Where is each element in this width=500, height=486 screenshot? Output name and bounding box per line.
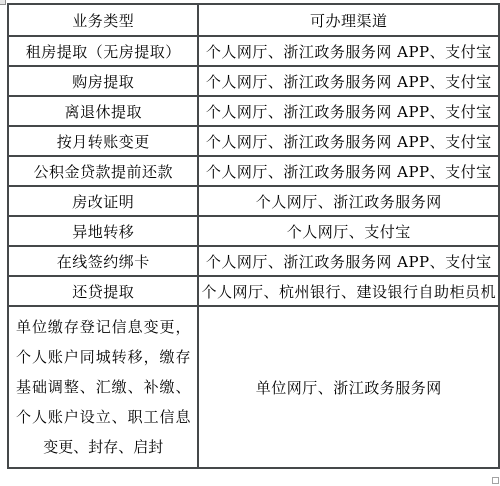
channels-cell: 个人网厅、浙江政务服务网 APP、支付宝 (198, 66, 499, 96)
channels-cell: 个人网厅、浙江政务服务网 APP、支付宝 (198, 36, 499, 66)
business-type-cell: 租房提取（无房提取） (8, 36, 198, 66)
table-row: 在线签约绑卡 个人网厅、浙江政务服务网 APP、支付宝 (8, 246, 499, 276)
table-row: 还贷提取 个人网厅、杭州银行、建设银行自助柜员机 (8, 276, 499, 306)
business-type-cell: 异地转移 (8, 216, 198, 246)
channels-cell: 个人网厅、浙江政务服务网 APP、支付宝 (198, 96, 499, 126)
channels-cell: 个人网厅、支付宝 (198, 216, 499, 246)
channels-cell: 个人网厅、浙江政务服务网 APP、支付宝 (198, 156, 499, 186)
business-type-cell: 离退休提取 (8, 96, 198, 126)
business-type-column-header: 业务类型 (8, 4, 198, 36)
table-row: 异地转移 个人网厅、支付宝 (8, 216, 499, 246)
channels-cell: 个人网厅、杭州银行、建设银行自助柜员机 (198, 276, 499, 306)
business-type-cell: 在线签约绑卡 (8, 246, 198, 276)
table-row: 公积金贷款提前还款 个人网厅、浙江政务服务网 APP、支付宝 (8, 156, 499, 186)
business-type-cell: 购房提取 (8, 66, 198, 96)
table-row: 单位缴存登记信息变更，个人账户同城转移，缴存基础调整、汇缴、补缴、个人账户设立、… (8, 306, 499, 468)
channels-cell: 个人网厅、浙江政务服务网 APP、支付宝 (198, 246, 499, 276)
table-header-row: 业务类型 可办理渠道 (8, 4, 499, 36)
business-type-cell: 按月转账变更 (8, 126, 198, 156)
document-page: 业务类型 可办理渠道 租房提取（无房提取） 个人网厅、浙江政务服务网 APP、支… (0, 0, 500, 486)
table-row: 租房提取（无房提取） 个人网厅、浙江政务服务网 APP、支付宝 (8, 36, 499, 66)
table-move-handle[interactable] (0, 0, 6, 5)
table-row: 房改证明 个人网厅、浙江政务服务网 (8, 186, 499, 216)
business-type-cell: 还贷提取 (8, 276, 198, 306)
business-type-cell: 房改证明 (8, 186, 198, 216)
channels-column-header: 可办理渠道 (198, 4, 499, 36)
table-row: 离退休提取 个人网厅、浙江政务服务网 APP、支付宝 (8, 96, 499, 126)
table-row: 购房提取 个人网厅、浙江政务服务网 APP、支付宝 (8, 66, 499, 96)
channels-cell: 个人网厅、浙江政务服务网 APP、支付宝 (198, 126, 499, 156)
table-resize-handle[interactable] (492, 477, 499, 484)
channels-cell: 个人网厅、浙江政务服务网 (198, 186, 499, 216)
business-type-cell: 单位缴存登记信息变更，个人账户同城转移，缴存基础调整、汇缴、补缴、个人账户设立、… (8, 306, 198, 468)
channels-cell: 单位网厅、浙江政务服务网 (198, 306, 499, 468)
business-channels-table: 业务类型 可办理渠道 租房提取（无房提取） 个人网厅、浙江政务服务网 APP、支… (7, 3, 500, 469)
business-type-cell: 公积金贷款提前还款 (8, 156, 198, 186)
table-row: 按月转账变更 个人网厅、浙江政务服务网 APP、支付宝 (8, 126, 499, 156)
